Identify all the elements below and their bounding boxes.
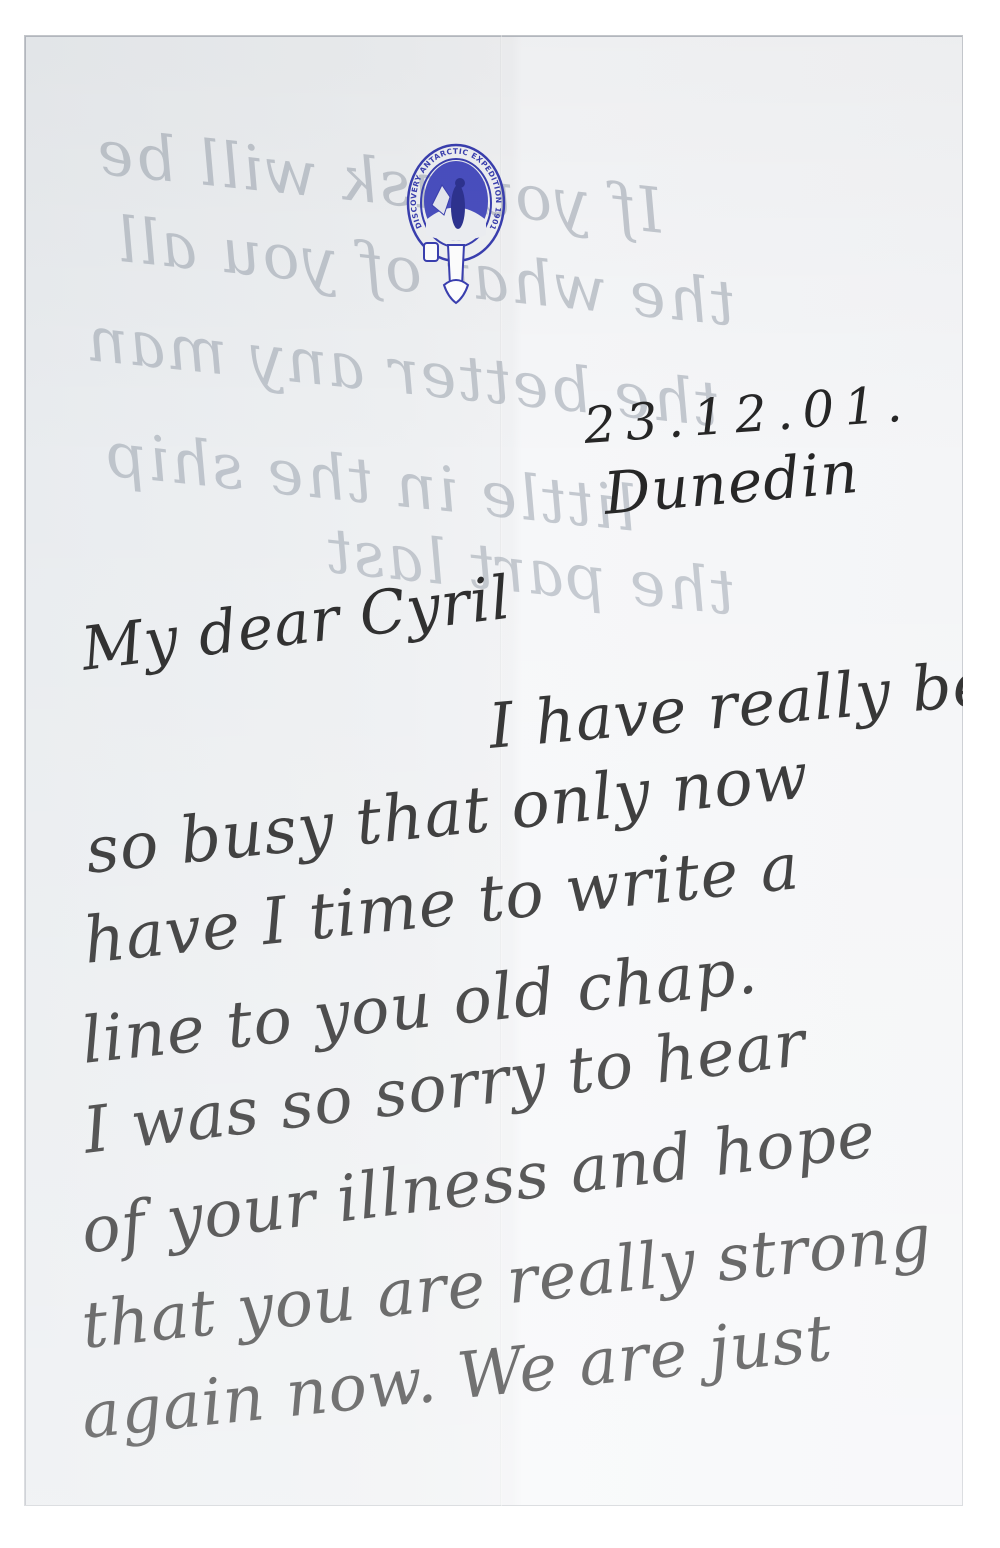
- letter-page: If you ask will be the what of you all t…: [24, 35, 963, 1506]
- letter-line: I have really been: [486, 639, 963, 762]
- salutation: My dear Cyril: [78, 563, 515, 685]
- letter-place: Dunedin: [601, 438, 862, 528]
- penguin-crest-icon: DISCOVERY ANTARCTIC EXPEDITION 1901.: [404, 135, 508, 385]
